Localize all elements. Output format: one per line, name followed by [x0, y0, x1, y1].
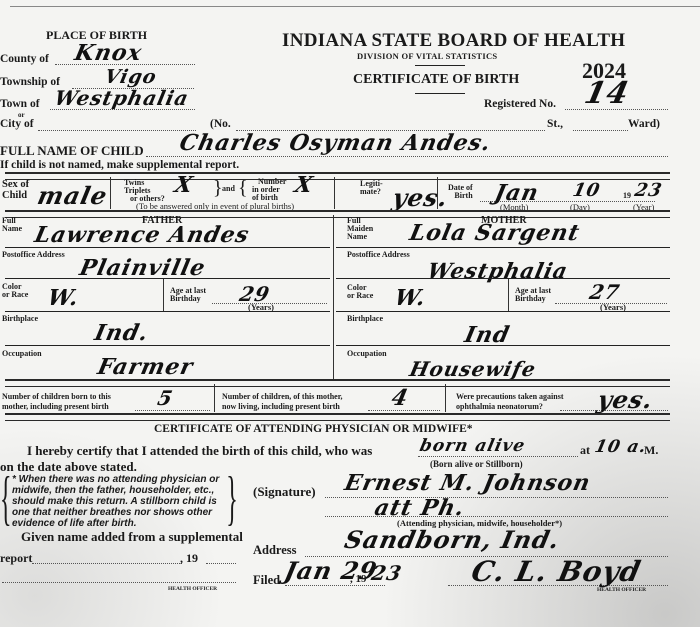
- supplemental-note: If child is not named, make supplemental…: [0, 159, 239, 171]
- sex-label: Sex ofChild: [2, 179, 29, 201]
- divider: [437, 177, 438, 209]
- rule: [336, 247, 670, 248]
- registered-no-label: Registered No.: [484, 98, 556, 110]
- street-label: St.,: [547, 118, 563, 130]
- father-race-value: W.: [45, 285, 81, 311]
- children-born-label: Number of children born to thismother, i…: [2, 392, 111, 412]
- mother-age-label: Age at lastBirthday: [515, 287, 551, 303]
- father-race-label: Coloror Race: [2, 283, 28, 299]
- filed-year-value: 23: [369, 561, 404, 585]
- left-health-officer-label: HEALTH OFFICER: [168, 586, 217, 592]
- signature-value: Ernest M. Johnson: [342, 470, 593, 496]
- dob-year-prefix: 19: [623, 192, 631, 200]
- address-value: Sandborn, Ind.: [342, 525, 563, 554]
- rule: [5, 311, 330, 312]
- certify-text-1: I hereby certify that I attended the bir…: [27, 443, 372, 459]
- mother-name-label: FullMaidenName: [347, 217, 373, 241]
- division-subtitle: DIVISION OF VITAL STATISTICS: [357, 51, 497, 61]
- mother-occupation-label: Occupation: [347, 350, 387, 358]
- order-label: Numberin orderof birth: [252, 178, 286, 202]
- divider: [508, 279, 509, 311]
- county-value: Knox: [72, 40, 144, 66]
- children-living-value: 4: [389, 385, 411, 411]
- physician-section-title: CERTIFICATE OF ATTENDING PHYSICIAN OR MI…: [154, 423, 473, 435]
- ward-line: [573, 129, 628, 131]
- mother-occupation-value: Housewife: [407, 357, 538, 381]
- father-name-label: FullName: [2, 217, 22, 233]
- town-label: Town of: [0, 98, 40, 110]
- township-label: Township of: [0, 76, 60, 88]
- certify-text-2: on the date above stated.: [0, 459, 137, 475]
- mother-name-value: Lola Sargent: [407, 220, 582, 246]
- mother-age-value: 27: [587, 280, 622, 304]
- rule-1: [415, 65, 465, 66]
- twins-value: X: [172, 172, 196, 198]
- father-address-label: Postoffice Address: [2, 251, 65, 259]
- rule: [336, 345, 670, 346]
- father-occupation-value: Farmer: [95, 354, 196, 380]
- county-label: County of: [0, 53, 49, 65]
- rule-children-top: [5, 379, 670, 387]
- precautions-value: yes.: [595, 385, 656, 414]
- precautions-label: Were precautions taken againstophthalmia…: [456, 392, 563, 412]
- street-no-label: (No.: [210, 118, 231, 130]
- sex-value: male: [35, 181, 111, 210]
- report-year-prefix: , 19: [180, 551, 198, 566]
- mother-race-value: W.: [392, 285, 428, 311]
- city-line: [38, 129, 196, 131]
- and-label: and: [222, 185, 235, 193]
- born-alive-value: born alive: [418, 436, 527, 456]
- time-value: 10 a.: [593, 437, 649, 457]
- footnote-box: { } * When there was no attending physic…: [0, 474, 238, 532]
- rule: [5, 278, 330, 279]
- rule-children-bottom: [5, 413, 670, 421]
- agency-title: INDIANA STATE BOARD OF HEALTH: [282, 30, 625, 52]
- born-caption: (Born alive or Stillborn): [430, 459, 523, 469]
- rule-2: [415, 93, 465, 94]
- town-value: Westphalia: [52, 86, 191, 110]
- mother-address-label: Postoffice Address: [347, 251, 410, 259]
- dob-year: 23: [633, 180, 665, 201]
- children-living-label: Number of children, of this mother,now l…: [222, 392, 343, 412]
- officer-signature: C. L. Boyd: [468, 555, 644, 588]
- father-occupation-label: Occupation: [2, 350, 42, 358]
- right-health-officer-label: HEALTH OFFICER: [597, 587, 646, 593]
- rule: [336, 278, 670, 279]
- report-label: report: [0, 551, 32, 566]
- legitimate-label: Legiti-mate?: [360, 180, 383, 196]
- parents-divider: [333, 215, 334, 380]
- divider: [214, 384, 215, 412]
- township-value: Vigo: [103, 66, 159, 88]
- full-name-label: FULL NAME OF CHILD: [0, 143, 144, 159]
- report-line: [32, 562, 182, 564]
- rule: [5, 247, 330, 248]
- dob-day: 10: [571, 180, 603, 201]
- father-age-label: Age at lastBirthday: [170, 287, 206, 303]
- at-label: at: [580, 443, 590, 458]
- given-name-text: Given name added from a supplemental: [21, 529, 243, 545]
- m-label: M.: [644, 443, 658, 458]
- rule-row-bottom: [5, 210, 670, 218]
- rule: [5, 345, 330, 346]
- legitimate-value: yes.: [390, 183, 451, 212]
- certificate-title: CERTIFICATE OF BIRTH: [353, 72, 519, 88]
- footnote-text: * When there was no attending physician …: [12, 474, 224, 529]
- left-officer-line: [2, 581, 236, 583]
- top-border: [10, 6, 700, 7]
- registered-no-value: 14: [581, 76, 632, 111]
- divider: [334, 177, 335, 209]
- twins-label: TwinsTripletsor others?: [124, 179, 165, 203]
- divider: [163, 279, 164, 311]
- dob-label: Date ofBirth: [448, 184, 473, 200]
- order-value: X: [292, 172, 316, 198]
- brace-left: {: [0, 468, 12, 528]
- children-born-line: [135, 409, 210, 411]
- father-birthplace-label: Birthplace: [2, 315, 38, 323]
- rule-row-top: [5, 172, 670, 180]
- report-year-line: [206, 562, 236, 564]
- children-born-value: 5: [155, 386, 175, 410]
- ward-label: Ward): [628, 118, 660, 130]
- child-name-value: Charles Osyman Andes.: [177, 130, 493, 156]
- mother-address-value: Westphalia: [425, 258, 570, 283]
- filed-label: Filed: [253, 573, 280, 588]
- father-name-value: Lawrence Andes: [32, 222, 252, 248]
- filed-year-prefix: , 19: [350, 573, 367, 585]
- signature-label: (Signature): [253, 484, 316, 500]
- birth-certificate: PLACE OF BIRTH County of Knox Township o…: [0, 0, 700, 627]
- mother-race-label: Coloror Race: [347, 284, 373, 300]
- divider: [110, 177, 111, 209]
- brace-right: }: [226, 468, 238, 528]
- mother-birthplace-label: Birthplace: [347, 315, 383, 323]
- rule: [336, 311, 670, 312]
- father-birthplace-value: Ind.: [92, 320, 151, 346]
- city-label: City of: [0, 118, 34, 130]
- divider: [445, 384, 446, 412]
- brace-left: {: [238, 177, 248, 200]
